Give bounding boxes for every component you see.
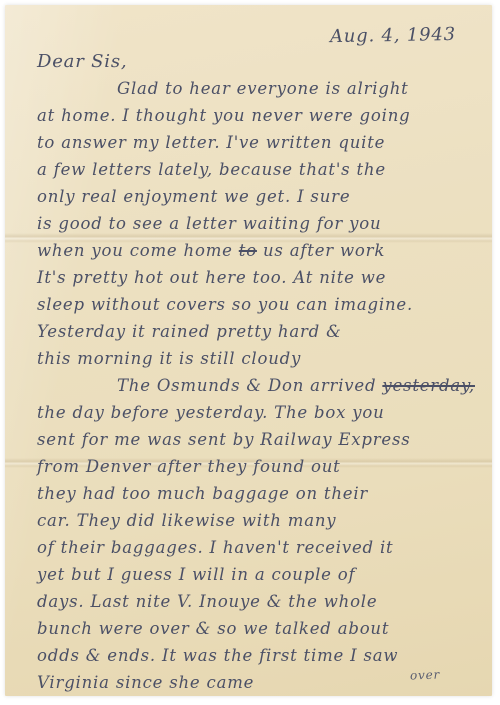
line-text: sent for me was sent by Railway Express [37,430,411,449]
line-text: at home. I thought you never were going [37,106,411,125]
line-text: car. They did likewise with many [37,511,336,530]
line-text: Glad to hear everyone is alright [117,79,409,98]
struck-word: to [239,241,257,260]
letter-line: of their baggages. I haven't received it [37,534,477,561]
letter-line: a few letters lately, because that's the [37,156,477,183]
letter-line: It's pretty hot out here too. At nite we [37,264,477,291]
letter-line: days. Last nite V. Inouye & the whole [37,588,477,615]
line-text: us after work [257,241,385,260]
letter-line: sent for me was sent by Railway Express [37,426,477,453]
letter-line: they had too much baggage on their [37,480,477,507]
line-text: when you come home [37,241,239,260]
line-text: this morning it is still cloudy [37,349,301,368]
line-text: they had too much baggage on their [37,484,368,503]
struck-word: yesterday, [382,376,475,395]
line-text: only real enjoyment we get. I sure [37,187,350,206]
letter-line: sleep without covers so you can imagine. [37,291,477,318]
line-text: Yesterday it rained pretty hard & [37,322,342,341]
letter-paper: Aug. 4, 1943 Dear Sis, Glad to hear ever… [5,5,492,696]
line-text: is good to see a letter waiting for you [37,214,381,233]
line-text: The Osmunds & Don arrived [117,376,382,395]
scan-background: Aug. 4, 1943 Dear Sis, Glad to hear ever… [0,0,500,705]
letter-date: Aug. 4, 1943 [330,24,456,47]
line-text: of their baggages. I haven't received it [37,538,393,557]
line-text: sleep without covers so you can imagine. [37,295,413,314]
letter-line: the day before yesterday. The box you [37,399,477,426]
line-text: to answer my letter. I've written quite [37,133,385,152]
letter-line: from Denver after they found out [37,453,477,480]
letter-line: Glad to hear everyone is alright [37,75,477,102]
line-text: yet but I guess I will in a couple of [37,565,355,584]
letter-line: is good to see a letter waiting for you [37,210,477,237]
over-note: over [410,667,441,682]
letter-line: to answer my letter. I've written quite [37,129,477,156]
line-text: from Denver after they found out [37,457,341,476]
line-text: Virginia since she came [37,673,254,692]
letter-line: at home. I thought you never were going [37,102,477,129]
letter-line: bunch were over & so we talked about [37,615,477,642]
line-text: odds & ends. It was the first time I saw [37,646,398,665]
line-text: days. Last nite V. Inouye & the whole [37,592,377,611]
letter-salutation: Dear Sis, [37,51,127,72]
letter-line: The Osmunds & Don arrived yesterday, [37,372,477,399]
letter-line: only real enjoyment we get. I sure [37,183,477,210]
letter-lines: Glad to hear everyone is alrightat home.… [37,75,477,696]
line-text: the day before yesterday. The box you [37,403,385,422]
letter-line: this morning it is still cloudy [37,345,477,372]
line-text: It's pretty hot out here too. At nite we [37,268,386,287]
line-text: a few letters lately, because that's the [37,160,386,179]
line-text: bunch were over & so we talked about [37,619,389,638]
letter-line: Yesterday it rained pretty hard & [37,318,477,345]
letter-line: odds & ends. It was the first time I saw [37,642,477,669]
letter-line: car. They did likewise with many [37,507,477,534]
letter-line: yet but I guess I will in a couple of [37,561,477,588]
letter-line: when you come home to us after work [37,237,477,264]
